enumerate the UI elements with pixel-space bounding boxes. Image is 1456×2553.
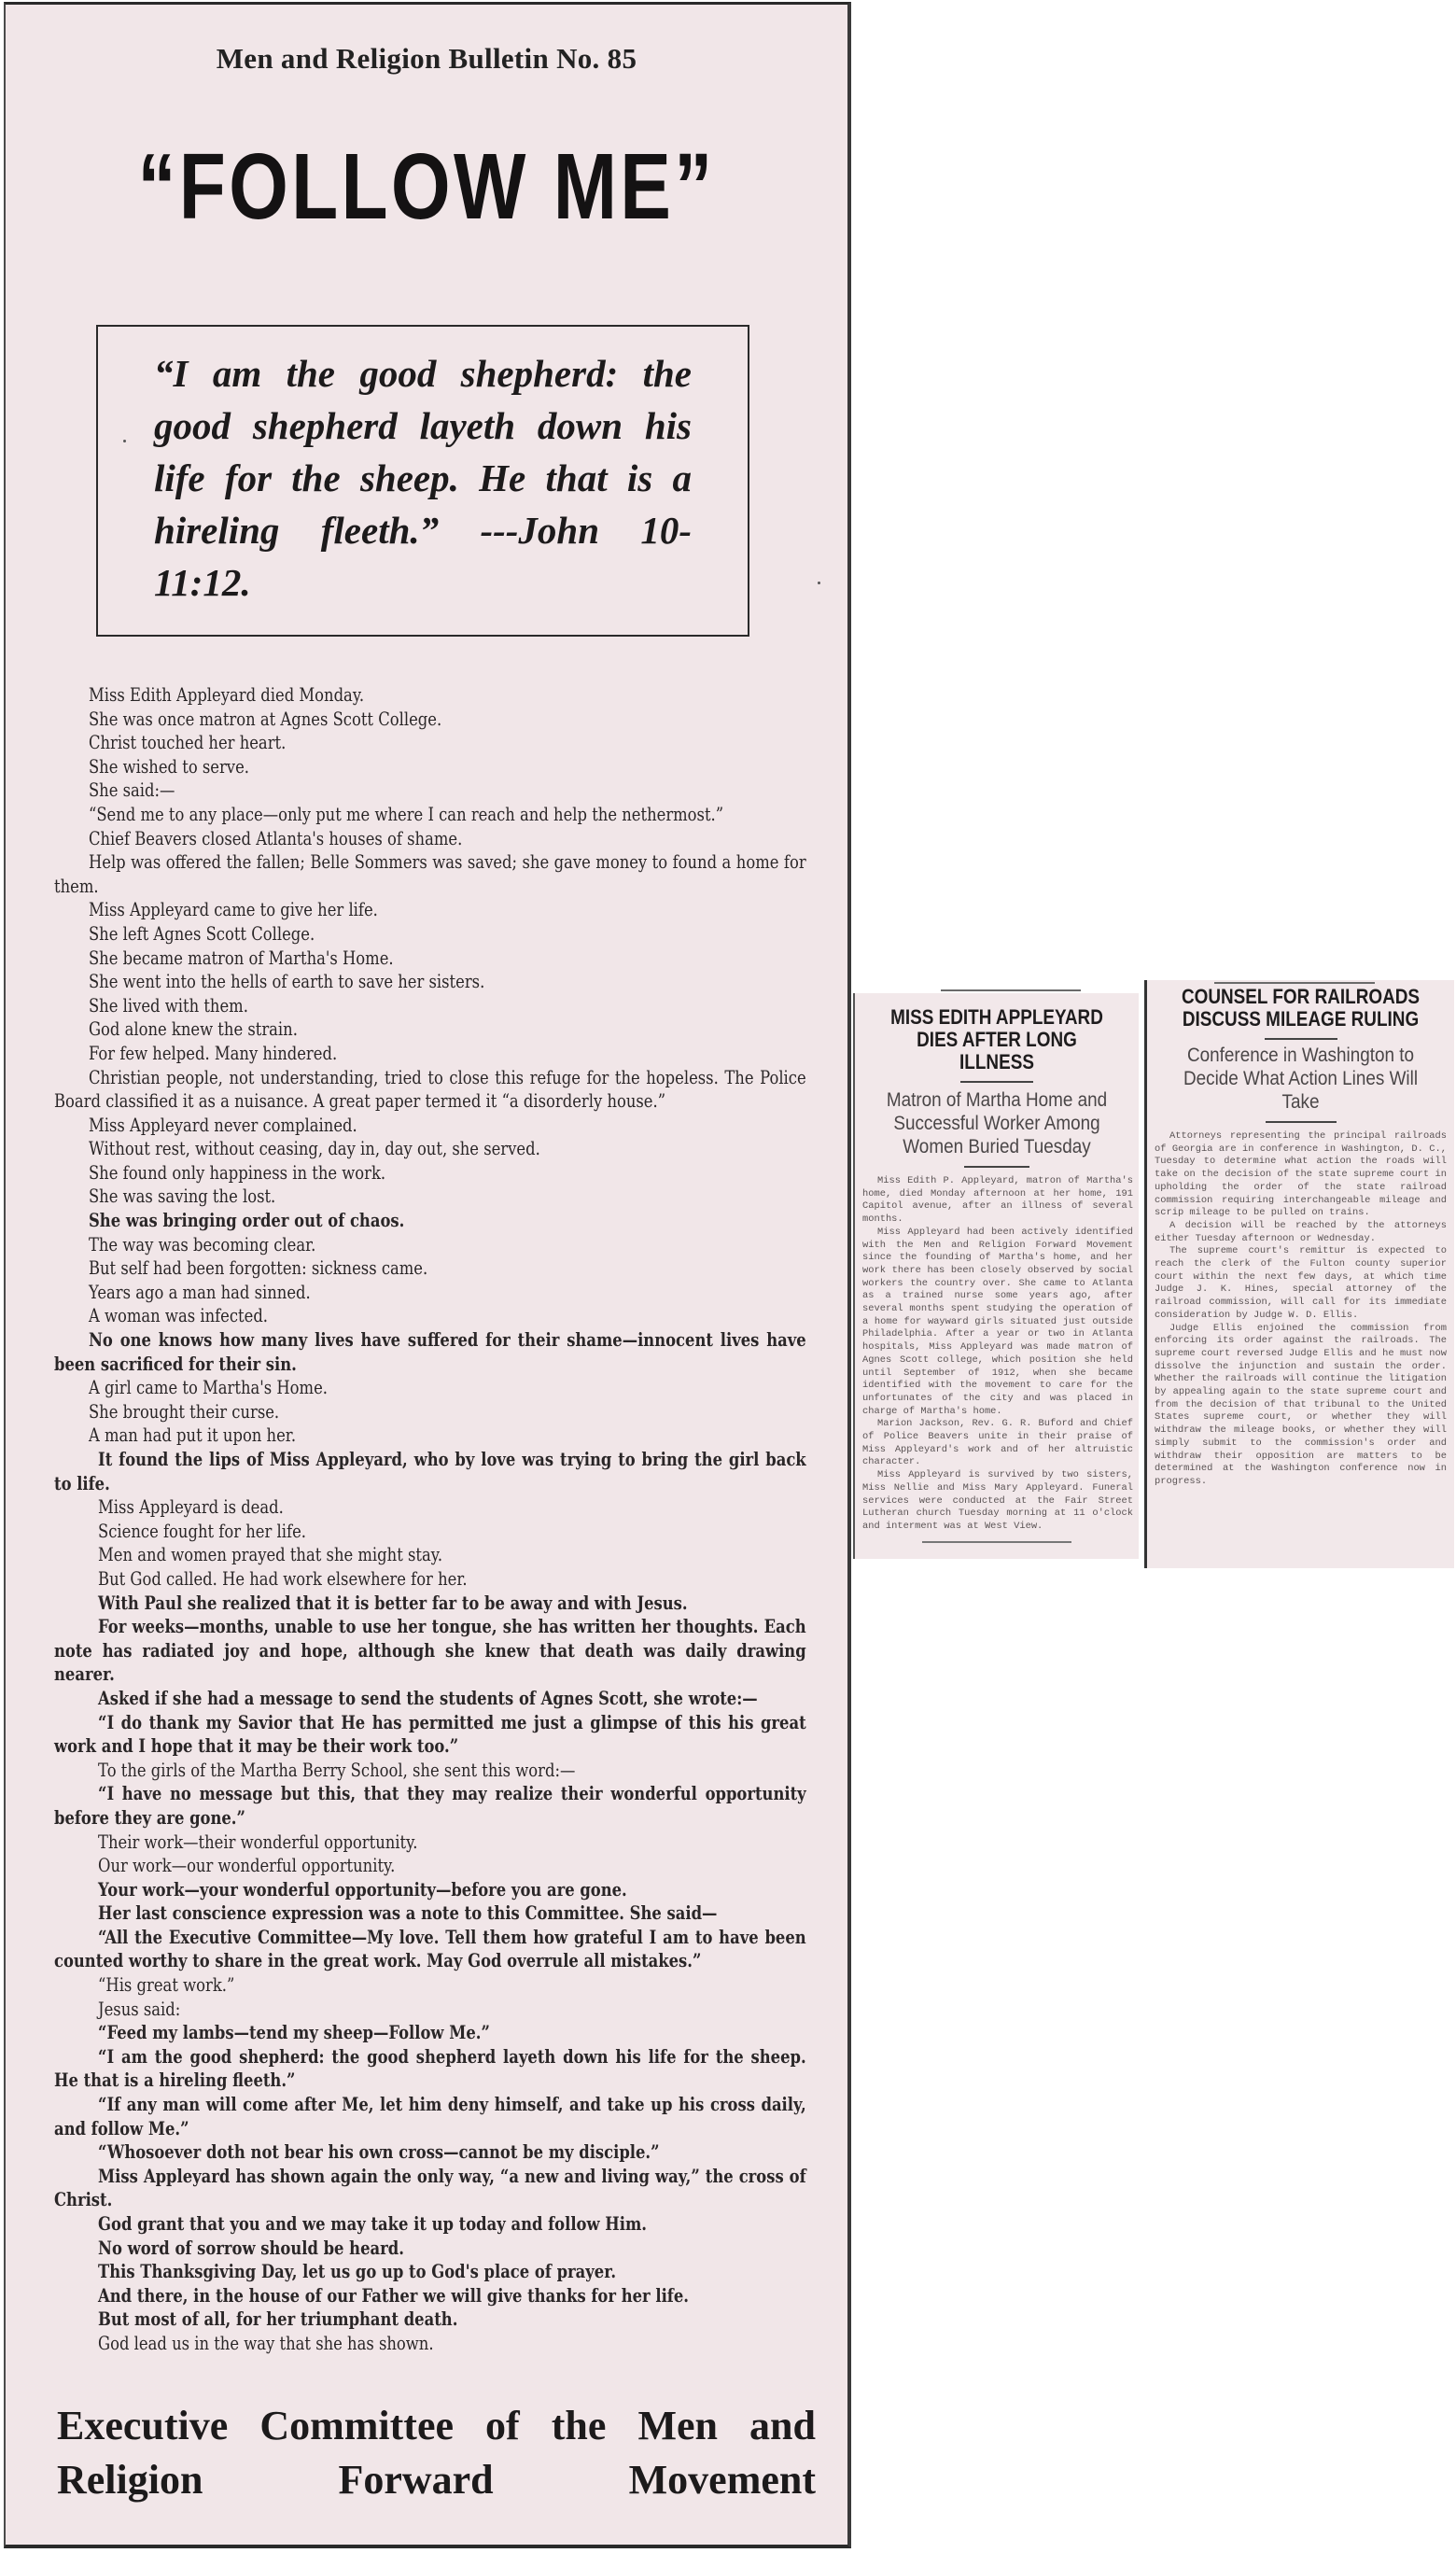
body-paragraph: She became matron of Martha's Home. — [54, 947, 806, 971]
clipping-paragraph: Miss Appleyard is survived by two sister… — [862, 1469, 1133, 1534]
clipping-headline: MISS EDITH APPLEYARD DIES AFTER LONG ILL… — [875, 1006, 1118, 1073]
body-paragraph: For weeks—months, unable to use her tong… — [54, 1615, 806, 1687]
body-paragraph: Science fought for her life. — [54, 1520, 806, 1544]
body-paragraph: She went into the hells of earth to save… — [54, 970, 806, 994]
body-paragraph: “I do thank my Savior that He has permit… — [54, 1711, 806, 1759]
clipping-paragraph: Attorneys representing the principal rai… — [1155, 1130, 1447, 1220]
clipping-subhead: Matron of Martha Home and Successful Wor… — [875, 1088, 1120, 1158]
body-paragraph: This Thanksgiving Day, let us go up to G… — [54, 2260, 806, 2284]
news-clipping-appleyard: MISS EDITH APPLEYARD DIES AFTER LONG ILL… — [853, 993, 1139, 1559]
body-paragraph: A girl came to Martha's Home. — [54, 1376, 806, 1400]
body-paragraph: No one knows how many lives have suffere… — [54, 1328, 806, 1376]
body-paragraph: A woman was infected. — [54, 1304, 806, 1328]
body-paragraph: “Feed my lambs—tend my sheep—Follow Me.” — [54, 2021, 806, 2045]
body-paragraph: The way was becoming clear. — [54, 1233, 806, 1257]
body-paragraph: She brought their curse. — [54, 1400, 806, 1424]
clipping-body: Miss Edith P. Appleyard, matron of Marth… — [862, 1175, 1133, 1534]
body-paragraph: Miss Appleyard came to give her life. — [54, 898, 806, 922]
body-paragraph: “All the Executive Committee—My love. Te… — [54, 1926, 806, 1973]
bulletin-signature: Executive Committee of the Men and Relig… — [57, 2399, 816, 2507]
body-paragraph: Christ touched her heart. — [54, 731, 806, 755]
body-paragraph: Her last conscience expression was a not… — [54, 1901, 806, 1926]
body-paragraph: Asked if she had a message to send the s… — [54, 1687, 806, 1711]
body-paragraph: No word of sorrow should be heard. — [54, 2237, 806, 2261]
top-rule — [1214, 982, 1375, 984]
body-paragraph: “I have no message but this, that they m… — [54, 1782, 806, 1830]
body-paragraph: Miss Appleyard is dead. — [54, 1495, 806, 1520]
bottom-rule — [922, 1541, 1071, 1543]
body-paragraph: Miss Appleyard never complained. — [54, 1114, 806, 1138]
bulletin-body: Miss Edith Appleyard died Monday.She was… — [54, 683, 806, 2356]
body-paragraph: Years ago a man had sinned. — [54, 1281, 806, 1305]
clipping-paragraph: Judge Ellis enjoined the commission from… — [1155, 1323, 1447, 1489]
body-paragraph: “His great work.” — [54, 1973, 806, 1998]
bulletin-page: Men and Religion Bulletin No. 85 “FOLLOW… — [4, 2, 851, 2548]
body-paragraph: Christian people, not understanding, tri… — [54, 1066, 806, 1114]
clipping-paragraph: Marion Jackson, Rev. G. R. Buford and Ch… — [862, 1418, 1133, 1469]
body-paragraph: She was once matron at Agnes Scott Colle… — [54, 708, 806, 732]
body-paragraph: God lead us in the way that she has show… — [54, 2332, 806, 2356]
body-paragraph: She lived with them. — [54, 994, 806, 1018]
body-paragraph: “If any man will come after Me, let him … — [54, 2093, 806, 2140]
body-paragraph: And there, in the house of our Father we… — [54, 2284, 806, 2308]
body-paragraph: But God called. He had work elsewhere fo… — [54, 1567, 806, 1592]
body-paragraph: She left Agnes Scott College. — [54, 922, 806, 947]
body-paragraph: Chief Beavers closed Atlanta's houses of… — [54, 827, 806, 851]
headline-rule — [960, 1081, 1033, 1083]
body-paragraph: But most of all, for her triumphant deat… — [54, 2308, 806, 2332]
clipping-paragraph: Miss Appleyard had been actively identif… — [862, 1227, 1133, 1419]
body-paragraph: Miss Appleyard has shown again the only … — [54, 2165, 806, 2212]
subhead-rule — [1266, 1121, 1337, 1123]
body-paragraph: She said:— — [54, 779, 806, 803]
body-paragraph: Jesus said: — [54, 1998, 806, 2022]
body-paragraph: With Paul she realized that it is better… — [54, 1592, 806, 1616]
speck — [123, 440, 126, 442]
clipping-subhead: Conference in Washington to Decide What … — [1168, 1044, 1434, 1114]
top-rule — [941, 989, 1081, 991]
news-clipping-railroads: COUNSEL FOR RAILROADS DISCUSS MILEAGE RU… — [1144, 980, 1454, 1568]
bulletin-header: Men and Religion Bulletin No. 85 — [6, 42, 847, 76]
scripture-quote: “I am the good shepherd: the good shephe… — [154, 347, 692, 609]
body-paragraph: Your work—your wonderful opportunity—bef… — [54, 1878, 806, 1902]
body-paragraph: “I am the good shepherd: the good shephe… — [54, 2045, 806, 2093]
body-paragraph: She found only happiness in the work. — [54, 1161, 806, 1185]
body-paragraph: Help was offered the fallen; Belle Somme… — [54, 850, 806, 898]
clipping-body: Attorneys representing the principal rai… — [1155, 1130, 1447, 1489]
body-paragraph: She wished to serve. — [54, 755, 806, 779]
headline-rule — [1265, 1038, 1337, 1040]
scripture-quote-box: “I am the good shepherd: the good shephe… — [96, 325, 749, 637]
body-paragraph: A man had put it upon her. — [54, 1424, 806, 1448]
clipping-paragraph: A decision will be reached by the attorn… — [1155, 1220, 1447, 1245]
body-paragraph: Our work—our wonderful opportunity. — [54, 1854, 806, 1878]
body-paragraph: It found the lips of Miss Appleyard, who… — [54, 1448, 806, 1495]
body-paragraph: God alone knew the strain. — [54, 1017, 806, 1042]
clipping-paragraph: Miss Edith P. Appleyard, matron of Marth… — [862, 1175, 1133, 1227]
clipping-headline: COUNSEL FOR RAILROADS DISCUSS MILEAGE RU… — [1169, 986, 1433, 1031]
body-paragraph: God grant that you and we may take it up… — [54, 2212, 806, 2237]
body-paragraph: But self had been forgotten: sickness ca… — [54, 1256, 806, 1281]
body-paragraph: Men and women prayed that she might stay… — [54, 1543, 806, 1567]
body-paragraph: Without rest, without ceasing, day in, d… — [54, 1137, 806, 1161]
body-paragraph: She was saving the lost. — [54, 1185, 806, 1209]
body-paragraph: “Whosoever doth not bear his own cross—c… — [54, 2140, 806, 2165]
body-paragraph: To the girls of the Martha Berry School,… — [54, 1759, 806, 1783]
subhead-rule — [964, 1166, 1029, 1168]
body-paragraph: She was bringing order out of chaos. — [54, 1209, 806, 1233]
body-paragraph: Their work—their wonderful opportunity. — [54, 1831, 806, 1855]
body-paragraph: “Send me to any place—only put me where … — [54, 803, 806, 827]
bulletin-title: “FOLLOW ME” — [81, 135, 772, 238]
body-paragraph: Miss Edith Appleyard died Monday. — [54, 683, 806, 708]
body-paragraph: For few helped. Many hindered. — [54, 1042, 806, 1066]
clipping-paragraph: The supreme court's remittur is expected… — [1155, 1245, 1447, 1322]
speck — [818, 582, 820, 584]
